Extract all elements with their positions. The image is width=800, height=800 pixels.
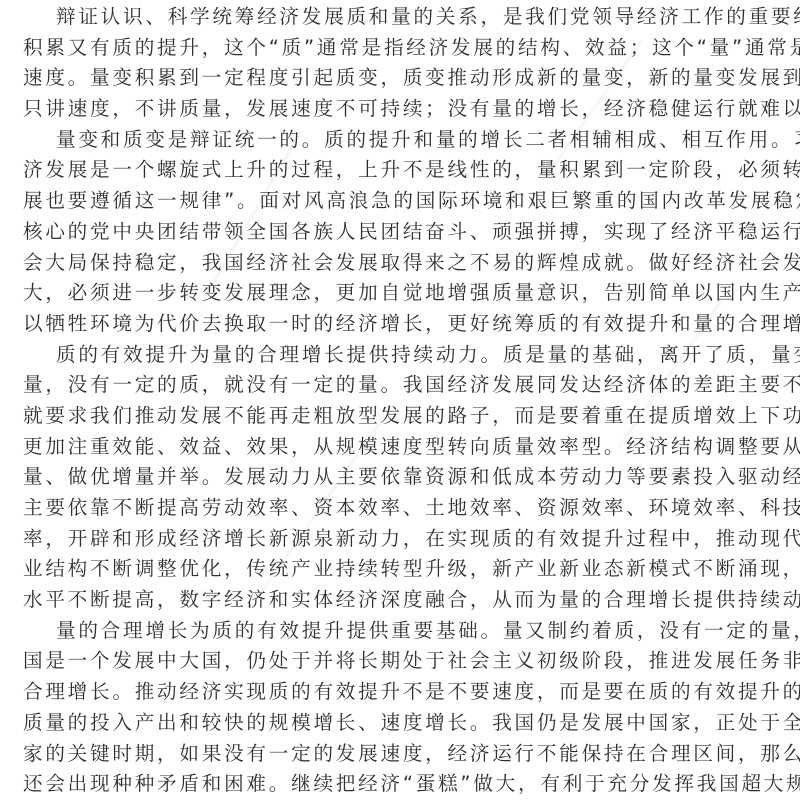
text-line: 家的关键时期，如果没有一定的发展速度，经济运行不能保持在合理区间，那么不仅谈不上… — [23, 739, 783, 770]
text-line: 国是一个发展中大国，仍处于并将长期处于社会主义初级阶段，推进发展任务非常繁重，必… — [23, 646, 783, 677]
document-page: 辩证认识、科学统筹经济发展质和量的关系，是我们党领导经济工作的重要经验。经济发展… — [0, 0, 800, 800]
text-line: 质的有效提升为量的合理增长提供持续动力。质是量的基础，离开了质，量变得毫无意义；… — [23, 340, 783, 371]
text-line: 还会出现种种矛盾和困难。继续把经济“蛋糕”做大，有利于充分发挥我国超大规模市场优… — [23, 769, 783, 800]
paragraph-4: 量的合理增长为质的有效提升提供重要基础。量又制约着质，没有一定的量，也就没有一定… — [23, 616, 783, 800]
text-line: 业结构不断调整优化，传统产业持续转型升级，新产业新业态新模式不断涌现，产业链供应… — [23, 554, 783, 585]
article-body: 辩证认识、科学统筹经济发展质和量的关系，是我们党领导经济工作的重要经验。经济发展… — [23, 2, 783, 800]
text-line: 质量的投入产出和较快的规模增长、速度增长。我国仍是发展中国家，正处于全面建设社会… — [23, 708, 783, 739]
text-line: 率，开辟和形成经济增长新源泉新动力，在实现质的有效提升过程中，推动现代化产业体系… — [23, 524, 783, 555]
text-line: 核心的党中央团结带领全国各族人民团结奋斗、顽强拼搏，实现了经济平稳运行、发展质量… — [23, 217, 783, 248]
text-line: 会大局保持稳定，我国经济社会发展取得来之不易的辉煌成就。做好经济社会发展工作任务… — [23, 248, 783, 279]
text-line: 速度。量变积累到一定程度引起质变，质变推动形成新的量变，新的量变发展到一定程度又… — [23, 63, 783, 94]
text-line: 展也要遵循这一规律”。面对风高浪急的国际环境和艰巨繁重的国内改革发展稳定任务，以… — [23, 186, 783, 217]
paragraph-1: 辩证认识、科学统筹经济发展质和量的关系，是我们党领导经济工作的重要经验。经济发展… — [23, 2, 783, 125]
text-line: 主要依靠不断提高劳动效率、资本效率、土地效率、资源效率、环境效率、科技进步贡献率… — [23, 493, 783, 524]
text-line: 就要求我们推动发展不能再走粗放型发展的路子，而是要着重在提质增效上下功夫，加快转… — [23, 401, 783, 432]
text-line: 量，没有一定的质，就没有一定的量。我国经济发展同发达经济体的差距主要不是在量上而… — [23, 370, 783, 401]
text-line: 水平不断提高，数字经济和实体经济深度融合，从而为量的合理增长提供持续动力。 — [23, 585, 783, 616]
paragraph-2: 量变和质变是辩证统一的。质的提升和量的增长二者相辅相成、相互作用。习近平总书记指… — [23, 125, 783, 340]
paragraph-3: 质的有效提升为量的合理增长提供持续动力。质是量的基础，离开了质，量变得毫无意义；… — [23, 340, 783, 616]
text-line: 量变和质变是辩证统一的。质的提升和量的增长二者相辅相成、相互作用。习近平总书记指… — [23, 125, 783, 156]
text-line: 量的合理增长为质的有效提升提供重要基础。量又制约着质，没有一定的量，也就没有一定… — [23, 616, 783, 647]
text-line: 更加注重效能、效益、效果，从规模速度型转向质量效率型。经济结构调整要从增量扩能为… — [23, 432, 783, 463]
text-line: 量、做优增量并举。发展动力从主要依靠资源和低成本劳动力等要素投入驱动经济增长，转… — [23, 462, 783, 493]
text-line: 以牺牲环境为代价去换取一时的经济增长，更好统筹质的有效提升和量的合理增长。 — [23, 309, 783, 340]
text-line: 积累又有质的提升，这个“质”通常是指经济发展的结构、效益；这个“量”通常是指经济… — [23, 33, 783, 64]
text-line: 合理增长。推动经济实现质的有效提升不是不要速度，而是要在质的有效提升的基础上，实… — [23, 677, 783, 708]
text-line: 辩证认识、科学统筹经济发展质和量的关系，是我们党领导经济工作的重要经验。经济发展… — [23, 2, 783, 33]
text-line: 只讲速度，不讲质量，发展速度不可持续；没有量的增长，经济稳健运行就难以得到保障。 — [23, 94, 783, 125]
text-line: 大，必须进一步转变发展理念，更加自觉地增强质量意识，告别简单以国内生产总值增长率… — [23, 278, 783, 309]
text-line: 济发展是一个螺旋式上升的过程，上升不是线性的，量积累到一定阶段，必须转向质的提升… — [23, 155, 783, 186]
